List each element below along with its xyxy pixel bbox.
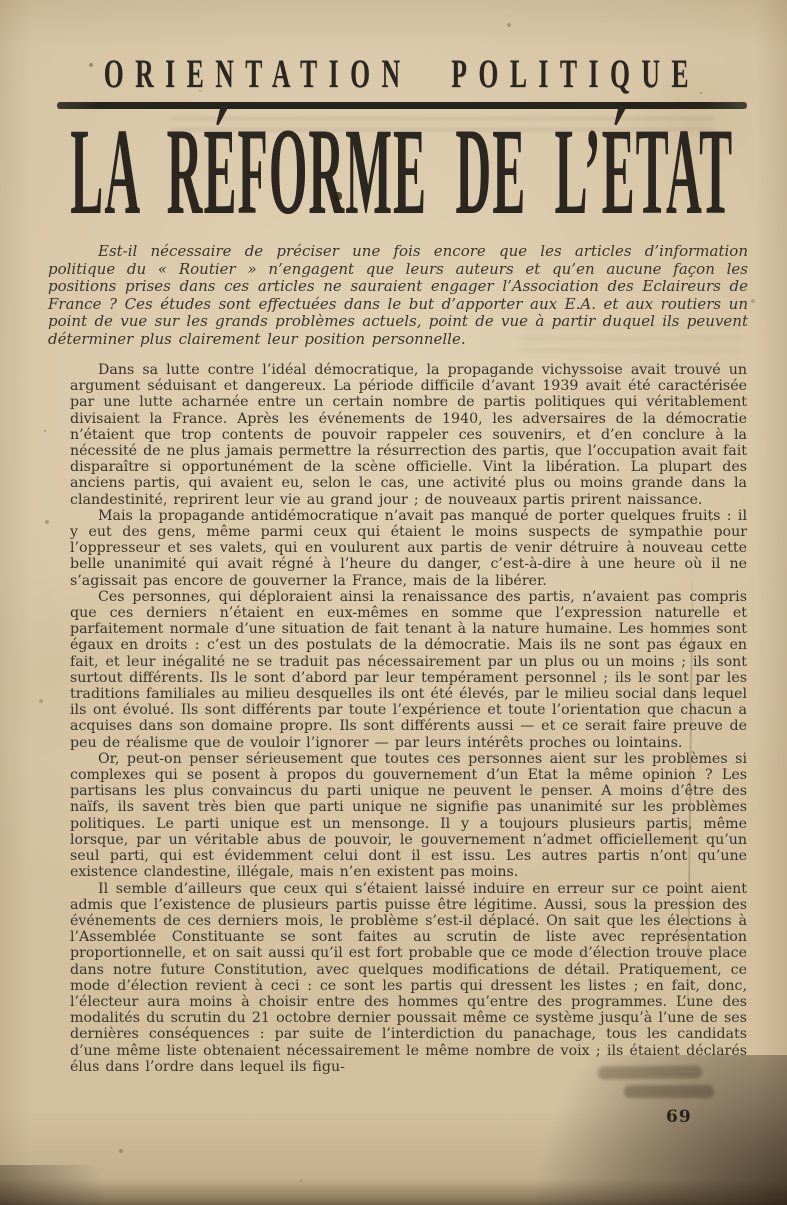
editorial-disclaimer-paragraph: Est-il nécessaire de préciser une fois e…	[48, 243, 748, 349]
section-header: ORIENTATION POLITIQUE	[104, 54, 700, 94]
title-block: LA RÉFORME DE L’ÉTAT	[47, 110, 757, 234]
paper-specks	[0, 0, 2, 2]
corner-shadow	[467, 1055, 787, 1205]
body-paragraph: Or, peut-on penser sérieusement que tout…	[70, 751, 747, 881]
body-paragraph: Il semble d’ailleurs que ceux qui s’étai…	[70, 881, 747, 1075]
corner-shadow-left	[0, 1165, 140, 1205]
document-page: ORIENTATION POLITIQUE LA RÉFORME DE L’ÉT…	[0, 0, 787, 1205]
masthead: ORIENTATION POLITIQUE	[57, 54, 747, 94]
article-body: Dans sa lutte contre l’idéal démocratiqu…	[70, 362, 747, 1075]
body-paragraph: Mais la propagande antidémocratique n’av…	[70, 508, 747, 589]
body-paragraph: Ces personnes, qui déploraient ainsi la …	[70, 589, 747, 751]
body-paragraph: Dans sa lutte contre l’idéal démocratiqu…	[70, 362, 747, 508]
article-title: LA RÉFORME DE L’ÉTAT	[71, 110, 734, 234]
